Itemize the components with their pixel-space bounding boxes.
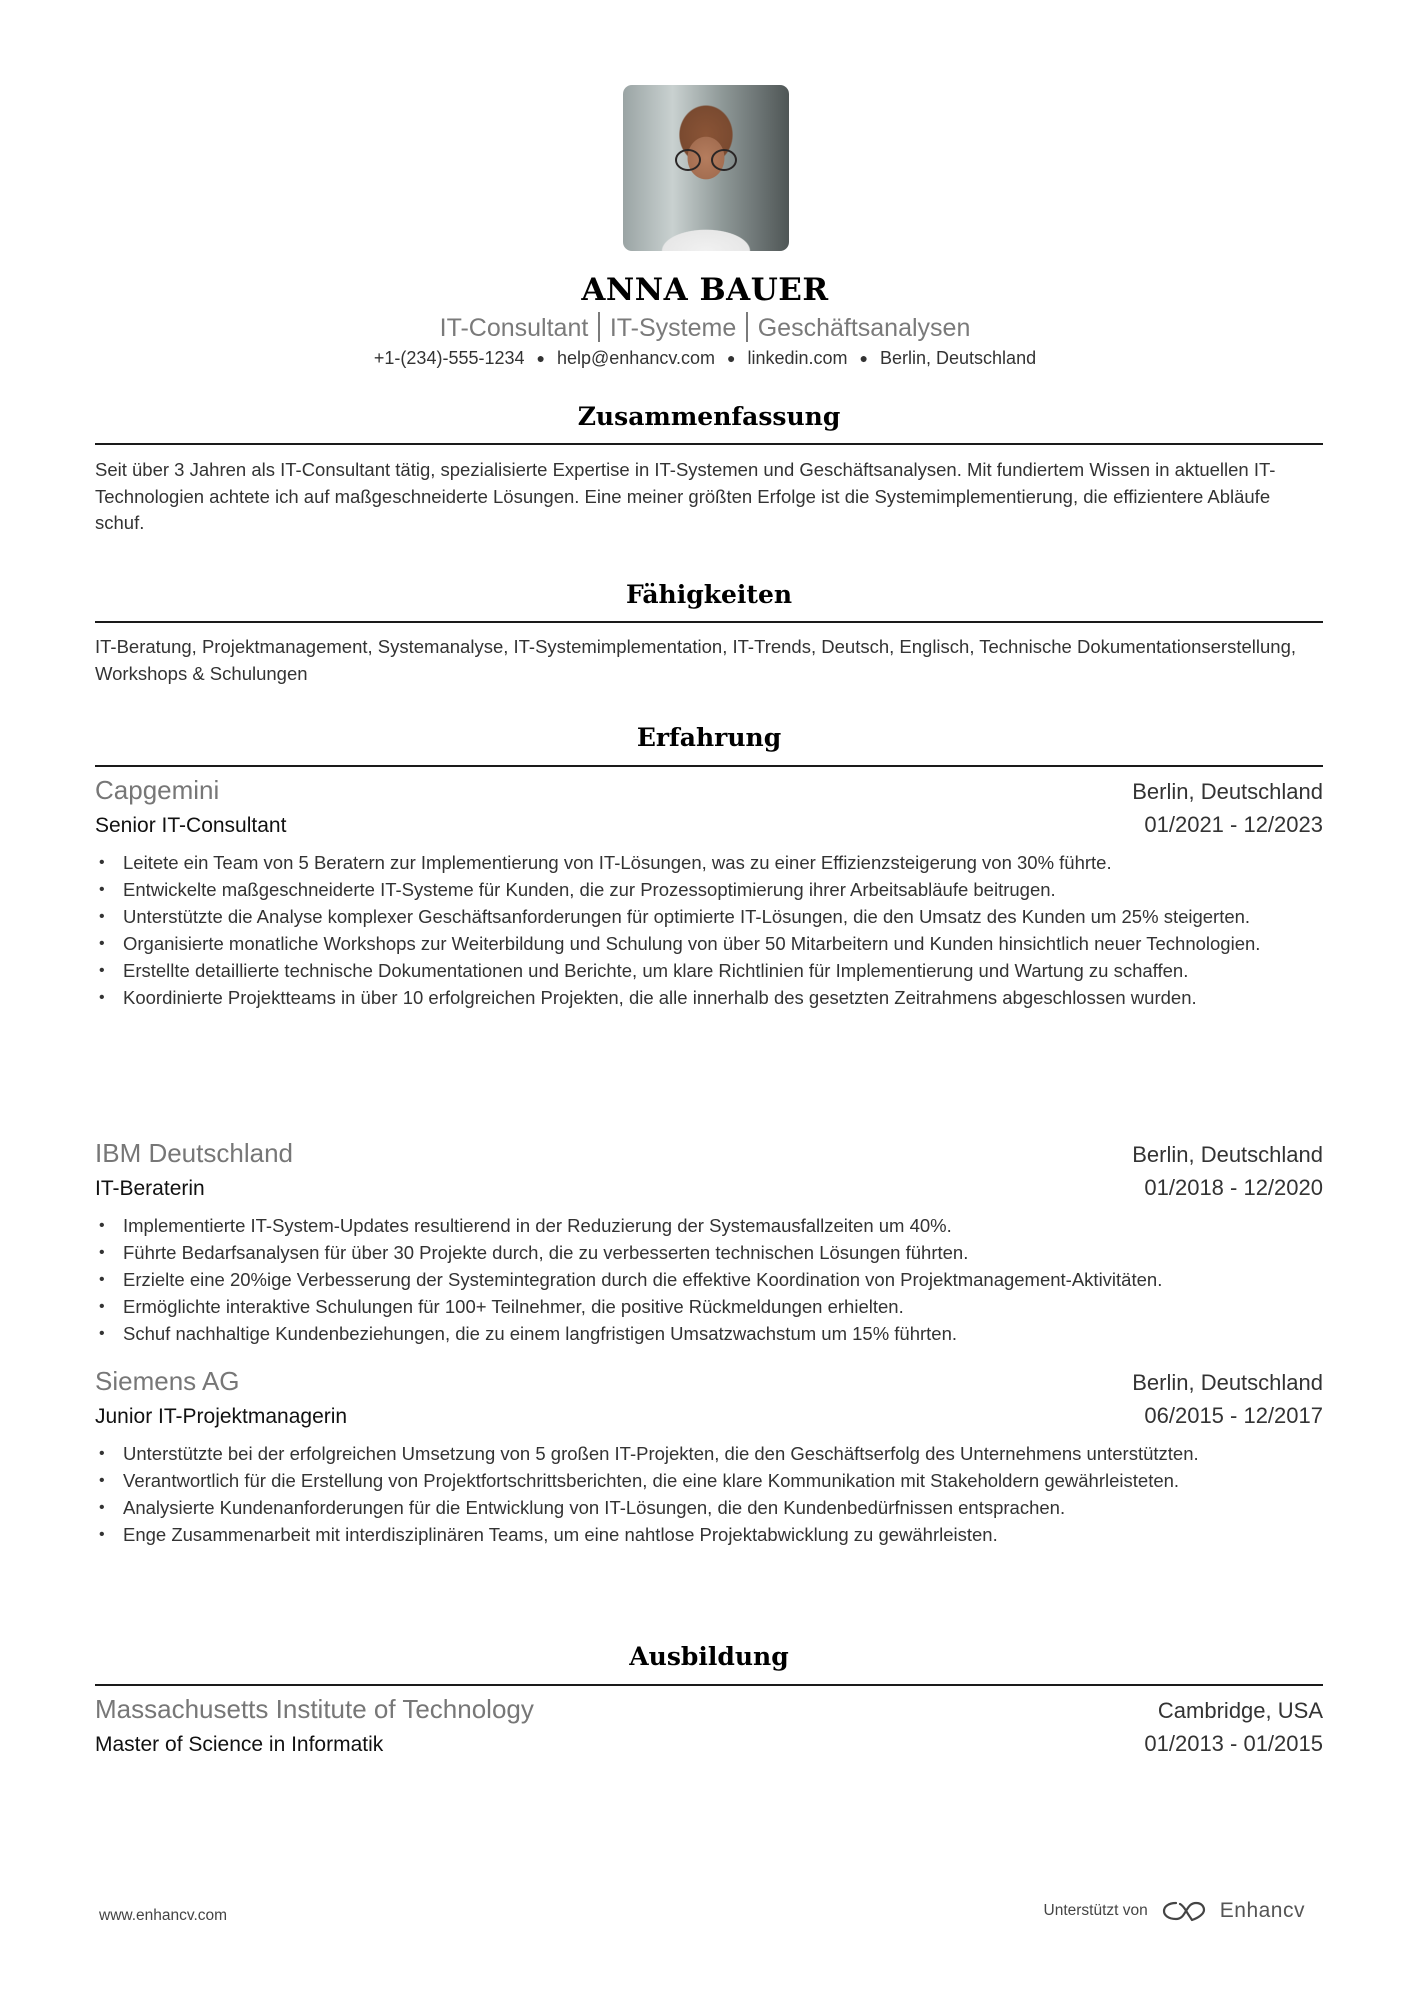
enhancv-logo-icon — [1160, 1898, 1208, 1924]
section-divider — [95, 443, 1323, 445]
list-item: Schuf nachhaltige Kundenbeziehungen, die… — [123, 1320, 1323, 1347]
powered-by[interactable]: Unterstützt von Enhancv — [1044, 1898, 1305, 1924]
job-location: Berlin, Deutschland — [1132, 1370, 1323, 1396]
job-role: Junior IT-Projektmanagerin — [95, 1405, 347, 1429]
degree: Master of Science in Informatik — [95, 1733, 383, 1757]
profile-photo — [623, 85, 789, 251]
job-bullets: Implementierte IT-System-Updates resulti… — [95, 1212, 1323, 1347]
school-name: Massachusetts Institute of Technology — [95, 1694, 534, 1725]
contact-line: +1-(234)-555-1234●help@enhancv.com●linke… — [0, 348, 1410, 369]
skills-text: IT-Beratung, Projektmanagement, Systeman… — [95, 634, 1323, 687]
job-subheader: Senior IT-Consultant 01/2021 - 12/2023 — [95, 812, 1323, 838]
headline: IT-ConsultantIT-SystemeGeschäftsanalysen — [0, 312, 1410, 343]
powered-by-label: Unterstützt von — [1044, 1902, 1148, 1920]
list-item: Ermöglichte interaktive Schulungen für 1… — [123, 1293, 1323, 1320]
phone[interactable]: +1-(234)-555-1234 — [374, 348, 525, 368]
list-item: Erstellte detaillierte technische Dokume… — [123, 957, 1323, 984]
job-location: Berlin, Deutschland — [1132, 779, 1323, 805]
list-item: Enge Zusammenarbeit mit interdisziplinär… — [123, 1521, 1323, 1548]
email-link[interactable]: help@enhancv.com — [557, 348, 715, 368]
list-item: Koordinierte Projektteams in über 10 erf… — [123, 984, 1323, 1011]
section-divider — [95, 765, 1323, 767]
section-divider — [95, 621, 1323, 623]
list-item: Entwickelte maßgeschneiderte IT-Systeme … — [123, 876, 1323, 903]
section-title-summary: Zusammenfassung — [95, 402, 1323, 431]
location: Berlin, Deutschland — [880, 348, 1036, 368]
divider — [746, 312, 748, 342]
job-role: Senior IT-Consultant — [95, 814, 286, 838]
job-header: IBM Deutschland Berlin, Deutschland — [95, 1138, 1323, 1169]
list-item: Unterstützte bei der erfolgreichen Umset… — [123, 1440, 1323, 1467]
section-title-education: Ausbildung — [95, 1642, 1323, 1671]
company-name: Capgemini — [95, 775, 219, 806]
job-dates: 06/2015 - 12/2017 — [1144, 1403, 1323, 1429]
school-location: Cambridge, USA — [1158, 1698, 1323, 1724]
education-dates: 01/2013 - 01/2015 — [1144, 1731, 1323, 1757]
list-item: Unterstützte die Analyse komplexer Gesch… — [123, 903, 1323, 930]
job-role: IT-Beraterin — [95, 1177, 205, 1201]
section-title-skills: Fähigkeiten — [95, 580, 1323, 609]
list-item: Erzielte eine 20%ige Verbesserung der Sy… — [123, 1266, 1323, 1293]
summary-text: Seit über 3 Jahren als IT-Consultant tät… — [95, 457, 1323, 537]
section-title-experience: Erfahrung — [95, 723, 1323, 752]
list-item: Leitete ein Team von 5 Beratern zur Impl… — [123, 849, 1323, 876]
website-link[interactable]: www.enhancv.com — [99, 1907, 227, 1925]
job-dates: 01/2021 - 12/2023 — [1144, 812, 1323, 838]
job-dates: 01/2018 - 12/2020 — [1144, 1175, 1323, 1201]
headline-item: Geschäftsanalysen — [758, 314, 971, 342]
candidate-name: ANNA BAUER — [0, 272, 1410, 308]
job-header: Capgemini Berlin, Deutschland — [95, 775, 1323, 806]
list-item: Verantwortlich für die Erstellung von Pr… — [123, 1467, 1323, 1494]
list-item: Implementierte IT-System-Updates resulti… — [123, 1212, 1323, 1239]
section-divider — [95, 1684, 1323, 1686]
divider — [598, 312, 600, 342]
brand-name: Enhancv — [1220, 1899, 1305, 1923]
company-name: IBM Deutschland — [95, 1138, 293, 1169]
bullet-separator: ● — [537, 350, 545, 366]
bullet-separator: ● — [860, 350, 868, 366]
headline-item: IT-Consultant — [440, 314, 589, 342]
bullet-separator: ● — [727, 350, 735, 366]
job-subheader: Junior IT-Projektmanagerin 06/2015 - 12/… — [95, 1403, 1323, 1429]
job-subheader: IT-Beraterin 01/2018 - 12/2020 — [95, 1175, 1323, 1201]
education-header: Massachusetts Institute of Technology Ca… — [95, 1694, 1323, 1725]
list-item: Führte Bedarfsanalysen für über 30 Proje… — [123, 1239, 1323, 1266]
company-name: Siemens AG — [95, 1366, 240, 1397]
education-subheader: Master of Science in Informatik 01/2013 … — [95, 1731, 1323, 1757]
job-bullets: Leitete ein Team von 5 Beratern zur Impl… — [95, 849, 1323, 1011]
job-header: Siemens AG Berlin, Deutschland — [95, 1366, 1323, 1397]
headline-item: IT-Systeme — [610, 314, 736, 342]
list-item: Organisierte monatliche Workshops zur We… — [123, 930, 1323, 957]
glasses-graphic — [675, 149, 737, 171]
job-bullets: Unterstützte bei der erfolgreichen Umset… — [95, 1440, 1323, 1548]
list-item: Analysierte Kundenanforderungen für die … — [123, 1494, 1323, 1521]
linkedin-link[interactable]: linkedin.com — [747, 348, 847, 368]
job-location: Berlin, Deutschland — [1132, 1142, 1323, 1168]
